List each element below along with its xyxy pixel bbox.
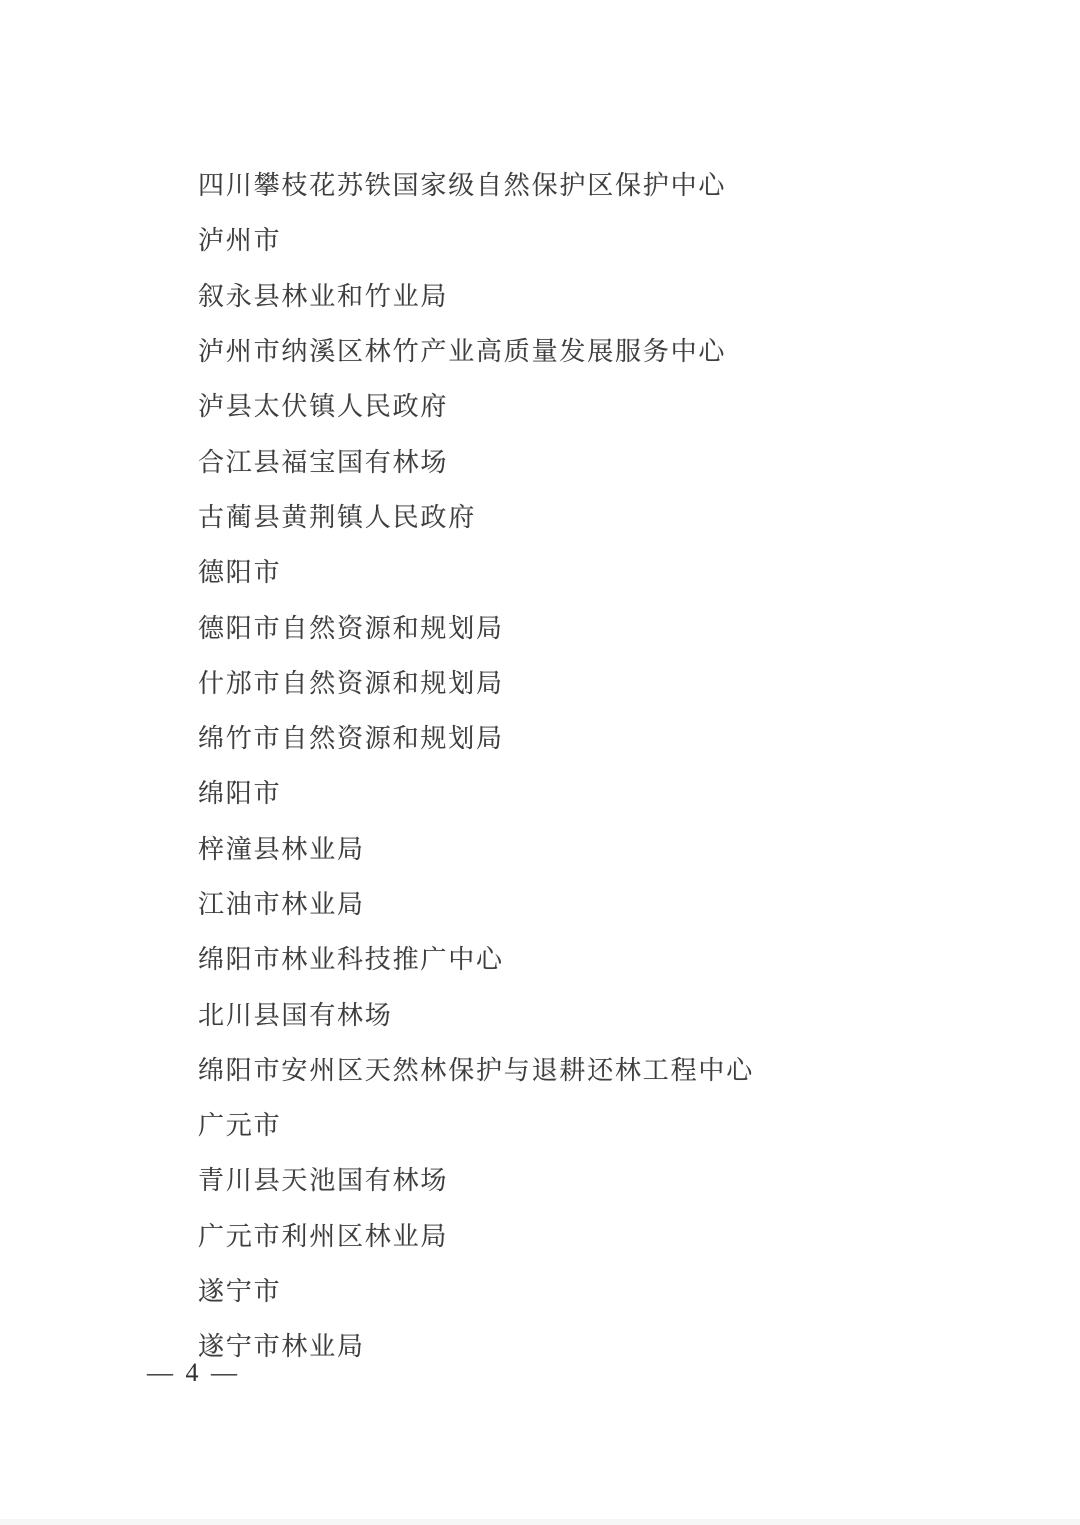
org-line: 泸州市纳溪区林竹产业高质量发展服务中心: [198, 322, 998, 377]
org-line: 叙永县林业和竹业局: [198, 267, 998, 322]
org-line: 绵阳市安州区天然林保护与退耕还林工程中心: [198, 1041, 998, 1096]
org-line: 绵阳市: [198, 764, 998, 819]
org-line: 青川县天池国有林场: [198, 1151, 998, 1206]
org-line: 绵阳市林业科技推广中心: [198, 930, 998, 985]
org-line: 广元市: [198, 1096, 998, 1151]
org-line: 江油市林业局: [198, 875, 998, 930]
org-line: 什邡市自然资源和规划局: [198, 654, 998, 709]
document-page: 四川攀枝花苏铁国家级自然保护区保护中心泸州市叙永县林业和竹业局泸州市纳溪区林竹产…: [0, 0, 1080, 1525]
org-line: 北川县国有林场: [198, 985, 998, 1040]
page-bottom-edge: [0, 1519, 1080, 1525]
org-line: 绵竹市自然资源和规划局: [198, 709, 998, 764]
org-line: 泸州市: [198, 211, 998, 266]
org-line: 四川攀枝花苏铁国家级自然保护区保护中心: [198, 156, 998, 211]
org-line: 德阳市自然资源和规划局: [198, 598, 998, 653]
org-line: 古蔺县黄荆镇人民政府: [198, 488, 998, 543]
org-line: 遂宁市: [198, 1262, 998, 1317]
page-number-text: — 4 —: [147, 1358, 240, 1387]
org-line: 遂宁市林业局: [198, 1317, 998, 1372]
org-line: 梓潼县林业局: [198, 820, 998, 875]
org-line: 合江县福宝国有林场: [198, 432, 998, 487]
page-number: — 4 —: [147, 1358, 240, 1388]
org-line: 泸县太伏镇人民政府: [198, 377, 998, 432]
organization-list: 四川攀枝花苏铁国家级自然保护区保护中心泸州市叙永县林业和竹业局泸州市纳溪区林竹产…: [198, 156, 998, 1373]
org-line: 德阳市: [198, 543, 998, 598]
org-line: 广元市利州区林业局: [198, 1207, 998, 1262]
